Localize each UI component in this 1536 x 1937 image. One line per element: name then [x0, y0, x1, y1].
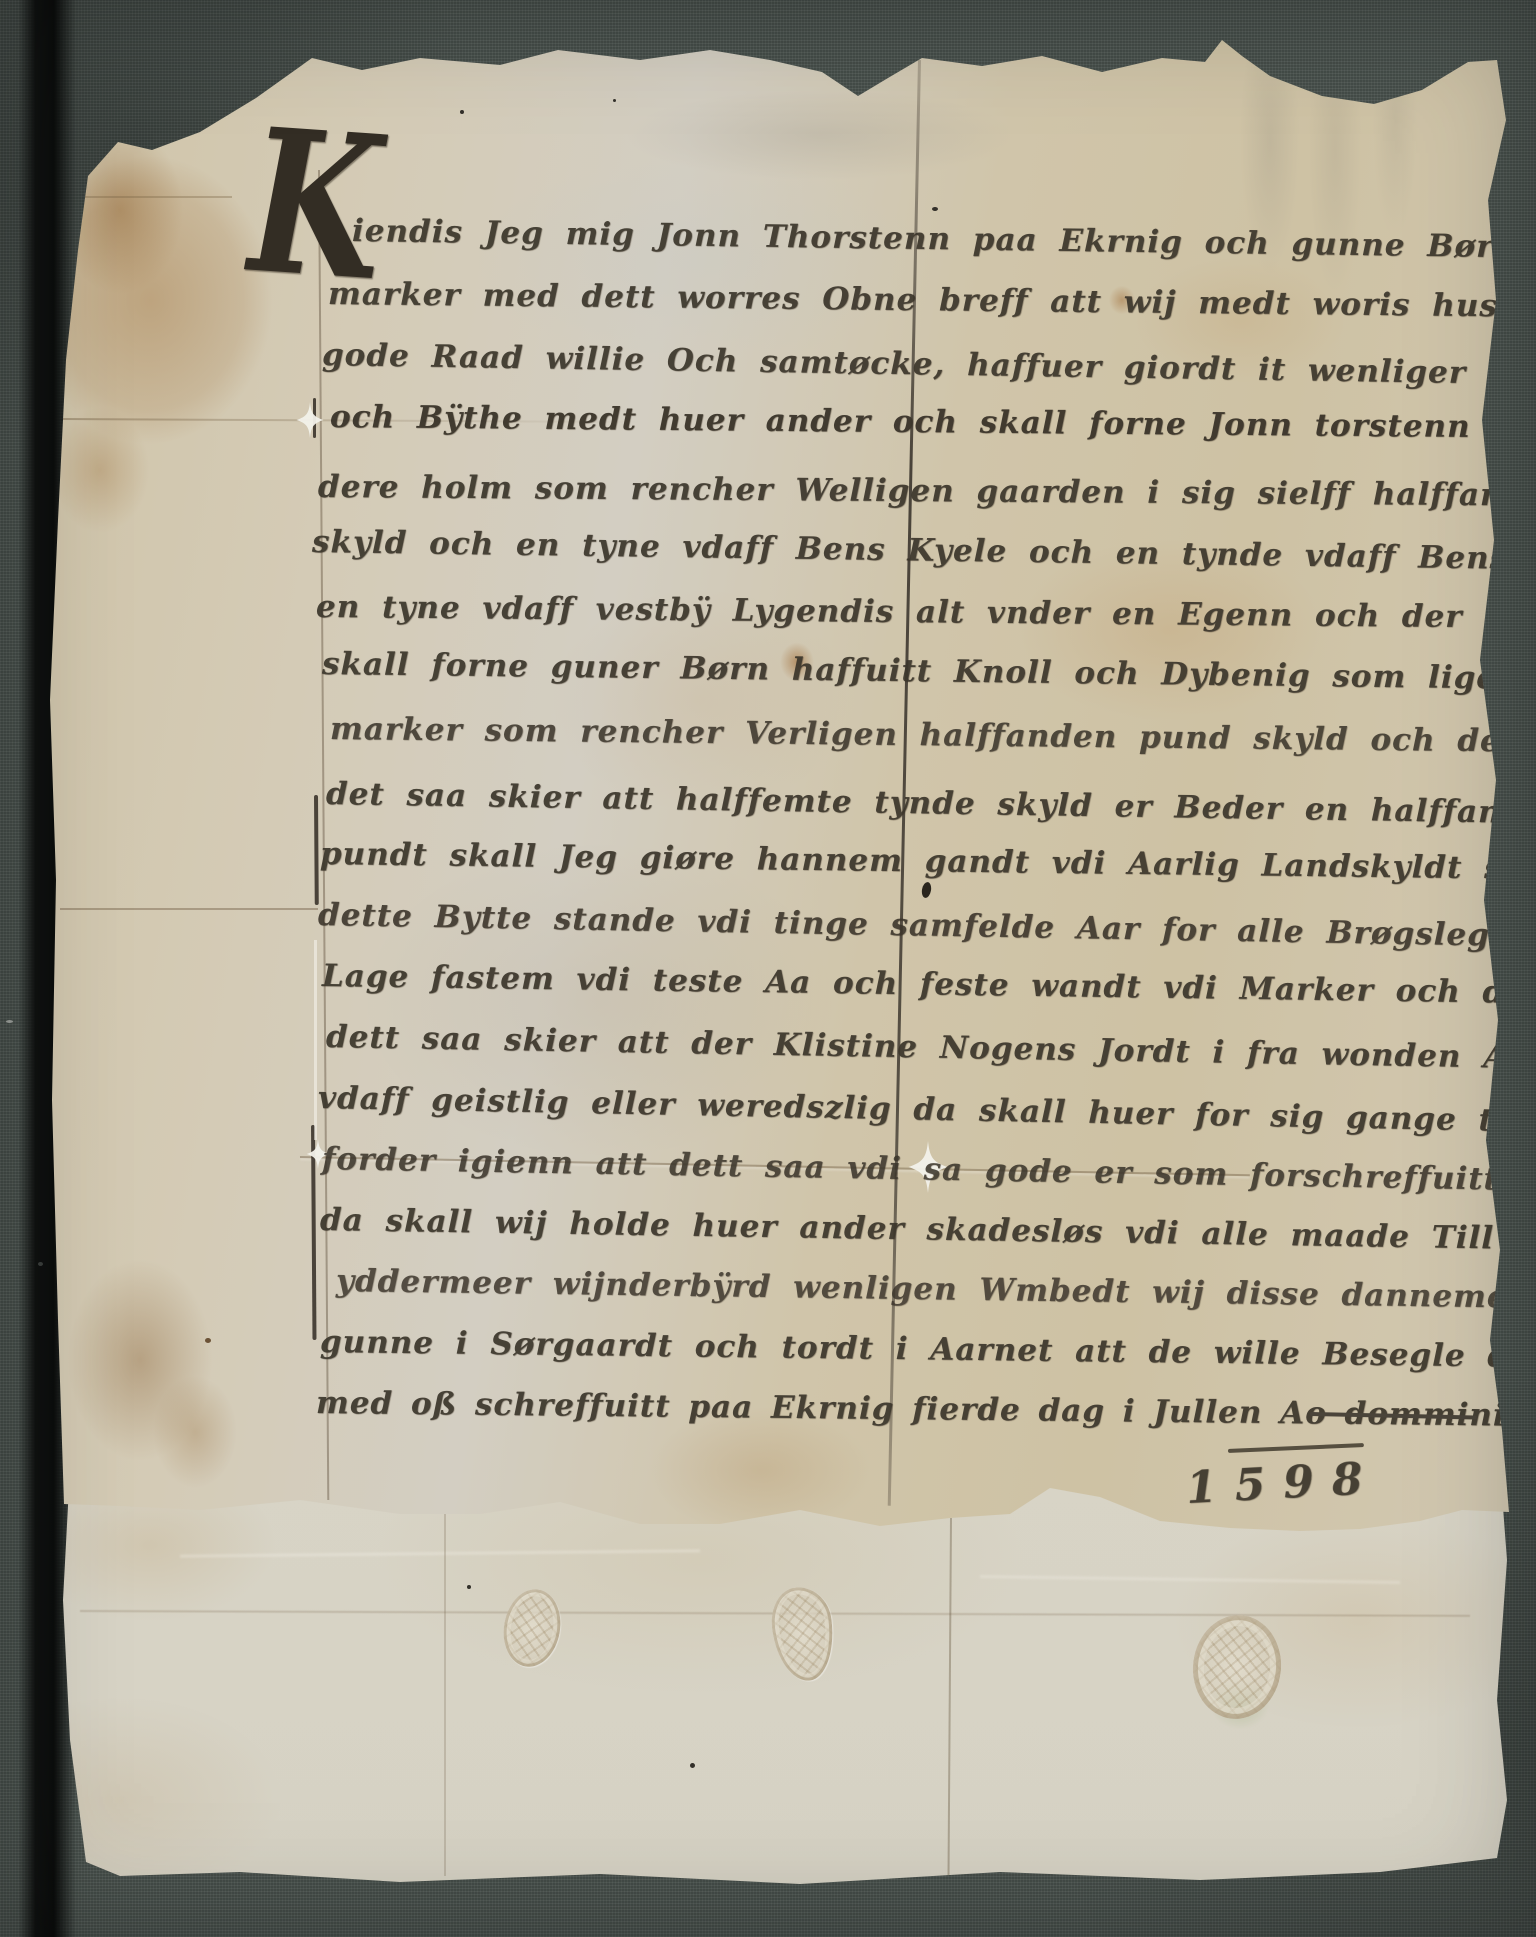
text-line-12: dette Bytte stande vdi tinge samfelde Aa…: [318, 900, 1536, 954]
ink-blot: [921, 881, 933, 898]
ink-underline: [1228, 1443, 1364, 1453]
flap-wrinkle-highlight: [180, 1549, 700, 1557]
fold-crease-horizontal-top: [62, 196, 232, 198]
embossed-wax-seal-middle: [767, 1584, 838, 1685]
flap-fold-crease-vertical-center: [947, 1518, 952, 1878]
cloth-speck: [6, 1020, 13, 1023]
ink-speck: [932, 207, 938, 211]
text-line-2: marker med dett worres Obne breff att wi…: [328, 279, 1536, 323]
text-line-6: skyld och en tyne vdaff Bens Kyele och e…: [312, 527, 1536, 577]
text-line-19: gunne i Sørgaardt och tordt i Aarnet att…: [320, 1327, 1536, 1375]
wear-streak: [314, 940, 317, 1140]
text-line-15: vdaff geistlig eller weredszlig da skall…: [318, 1083, 1536, 1139]
text-line-13: Lage fastem vdi teste Aa och feste wandt…: [322, 961, 1536, 1010]
flap-fold-crease-vertical-left: [444, 1514, 446, 1876]
embossed-wax-seal-left: [498, 1585, 567, 1672]
text-line-5: dere holm som rencher Welligen gaarden i…: [318, 472, 1536, 512]
ink-bleed-segment: [314, 795, 319, 905]
fold-crease-horizontal-middle: [60, 908, 318, 910]
text-line-7: en tyne vdaff vestbÿ Lygendis alt vnder …: [316, 592, 1536, 634]
text-line-20: med oß schreffuitt paa Ekrnig fierde dag…: [316, 1388, 1506, 1431]
date-year: 1598: [1185, 1453, 1382, 1514]
flap-wrinkle-highlight: [980, 1575, 1400, 1584]
text-line-17: da skall wij holde huer ander skadesløs …: [320, 1205, 1495, 1254]
text-line-3: gode Raad willie Och samtøcke, haffuer g…: [322, 340, 1536, 391]
ink-speck: [460, 110, 464, 114]
wear-hole-star: [292, 398, 328, 442]
text-line-10: det saa skier att halffemte tynde skyld …: [326, 779, 1536, 830]
text-line-11: pundt skall Jeg giøre hannem gandt vdi A…: [320, 839, 1536, 885]
text-line-14: dett saa skier att der Klistine Nogens J…: [326, 1022, 1536, 1076]
ink-speck: [613, 99, 616, 102]
fly-speck: [690, 1763, 695, 1768]
text-line-8: skall forne guner Børn haffuitt Knoll oc…: [322, 649, 1536, 696]
ink-speck: [205, 1338, 211, 1343]
fly-speck: [467, 1585, 471, 1589]
text-line-1: iendis Jeg mig Jonn Thorstenn paa Ekrnig…: [352, 216, 1536, 264]
text-line-4: och Bÿthe medt huer ander och skall forn…: [330, 402, 1536, 445]
text-line-9: marker som rencher Verligen halffanden p…: [330, 714, 1536, 758]
cloth-speck: [38, 1262, 43, 1266]
text-line-18: yddermeer wijnderbÿrd wenligen Wmbedt wi…: [336, 1266, 1536, 1314]
archival-photo: K iendis Jeg mig Jonn Thorstenn paa Ekrn…: [0, 0, 1536, 1937]
